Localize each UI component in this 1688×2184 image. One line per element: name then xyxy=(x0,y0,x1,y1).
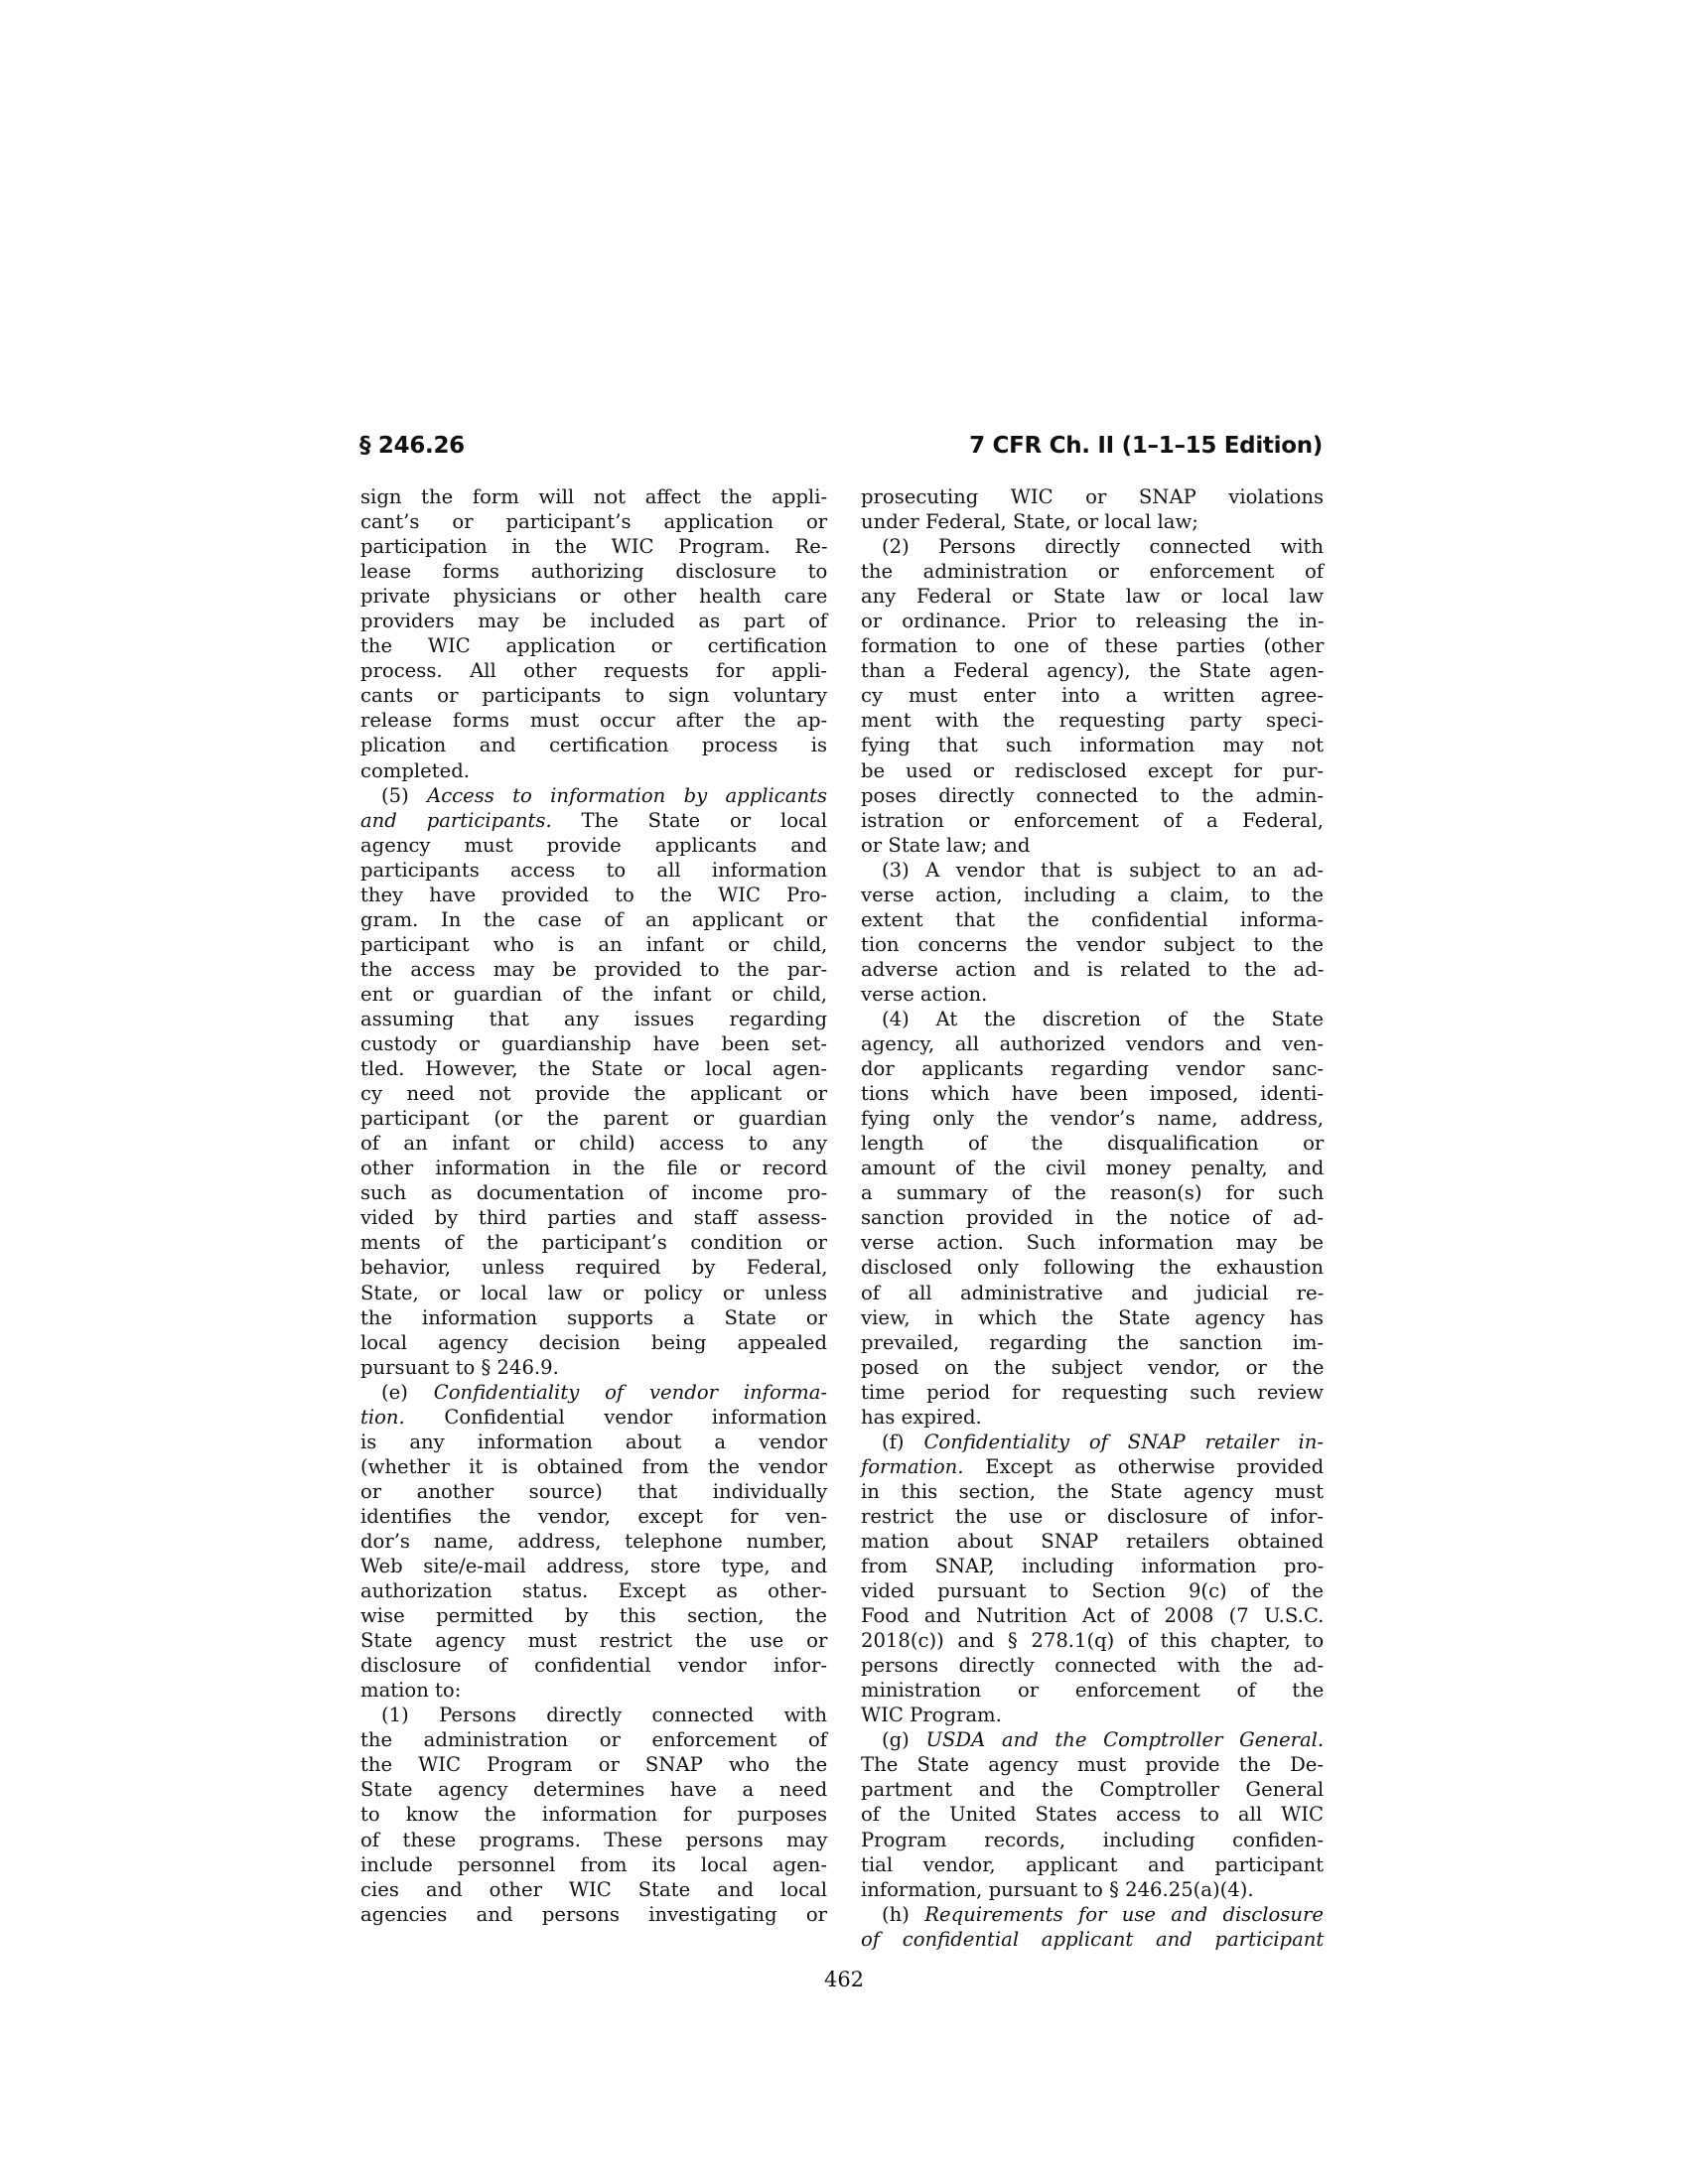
text-line: disclosure of confidential vendor infor- xyxy=(360,1653,827,1678)
line-text: disclosure of confidential vendor infor- xyxy=(360,1654,827,1677)
paragraph-heading: tion. xyxy=(360,1406,405,1429)
text-line: than a Federal agency), the State agen- xyxy=(861,658,1324,683)
line-text: tial vendor, applicant and participant xyxy=(861,1853,1324,1876)
line-text: of an infant or child) access to any xyxy=(360,1132,827,1155)
text-line: under Federal, State, or local law; xyxy=(861,509,1324,534)
line-text: Food and Nutrition Act of 2008 (7 U.S.C. xyxy=(861,1604,1324,1627)
line-text: verse action. xyxy=(861,983,987,1006)
line-text: (1) Persons directly connected with xyxy=(381,1704,827,1726)
text-line: Web site/e-mail address, store type, and xyxy=(360,1554,827,1578)
text-line: pursuant to § 246.9. xyxy=(360,1355,827,1380)
paragraph-heading: Confidentiality of SNAP retailer in- xyxy=(923,1431,1324,1453)
text-line: partment and the Comptroller General xyxy=(861,1777,1324,1802)
line-text: sign the form will not affect the appli- xyxy=(360,485,827,508)
text-line: and participants. The State or local xyxy=(360,808,827,833)
text-line: (1) Persons directly connected with xyxy=(360,1703,827,1727)
text-line: formation. Except as otherwise provided xyxy=(861,1454,1324,1479)
text-line: of the United States access to all WIC xyxy=(861,1802,1324,1827)
line-text: poses directly connected to the admin- xyxy=(861,784,1324,807)
text-line: from SNAP, including information pro- xyxy=(861,1554,1324,1578)
line-text: cant’s or participant’s application or xyxy=(360,510,827,533)
text-line: of an infant or child) access to any xyxy=(360,1131,827,1156)
line-text: tions which have been imposed, identi- xyxy=(861,1082,1324,1105)
line-text: private physicians or other health care xyxy=(360,585,827,608)
text-line: istration or enforcement of a Federal, xyxy=(861,808,1324,833)
running-header: § 246.26 7 CFR Ch. II (1–1–15 Edition) xyxy=(359,433,1323,463)
text-line: tions which have been imposed, identi- xyxy=(861,1081,1324,1106)
text-line: (h) Requirements for use and disclosure xyxy=(861,1902,1324,1927)
line-text: release forms must occur after the ap- xyxy=(360,709,827,732)
text-line: the WIC application or certification xyxy=(360,633,827,658)
line-text: cies and other WIC State and local xyxy=(360,1878,827,1901)
line-text: providers may be included as part of xyxy=(360,610,827,632)
text-line: posed on the subject vendor, or the xyxy=(861,1355,1324,1380)
text-line: to know the information for purposes xyxy=(360,1802,827,1827)
text-line: include personnel from its local agen- xyxy=(360,1852,827,1877)
text-line: release forms must occur after the ap- xyxy=(360,708,827,733)
text-line: participant who is an infant or child, xyxy=(360,932,827,957)
line-text: vided by third parties and staff assess- xyxy=(360,1206,827,1229)
text-line: of confidential applicant and participan… xyxy=(861,1927,1324,1952)
line-text: the access may be provided to the par- xyxy=(360,958,827,981)
line-text: other information in the file or record xyxy=(360,1157,827,1179)
line-text: dor’s name, address, telephone number, xyxy=(360,1530,827,1553)
text-line: of these programs. These persons may xyxy=(360,1828,827,1852)
text-line: sign the form will not affect the appli- xyxy=(360,484,827,509)
line-text: WIC Program. xyxy=(861,1704,1002,1726)
text-line: amount of the civil money penalty, and xyxy=(861,1156,1324,1180)
line-text: fying that such information may not xyxy=(861,734,1324,756)
text-line: such as documentation of income pro- xyxy=(360,1180,827,1205)
text-line: length of the disqualification or xyxy=(861,1131,1324,1156)
line-text: than a Federal agency), the State agen- xyxy=(861,659,1324,682)
text-line: behavior, unless required by Federal, xyxy=(360,1255,827,1280)
text-line: (3) A vendor that is subject to an ad- xyxy=(861,858,1324,883)
text-line: State agency must restrict the use or xyxy=(360,1628,827,1653)
text-line: is any information about a vendor xyxy=(360,1430,827,1454)
text-line: poses directly connected to the admin- xyxy=(861,783,1324,808)
line-text: plication and certification process is xyxy=(360,734,827,756)
text-line: (5) Access to information by applicants xyxy=(360,783,827,808)
line-text: ent or guardian of the infant or child, xyxy=(360,983,827,1006)
line-text: process. All other requests for appli- xyxy=(360,659,827,682)
text-line: plication and certification process is xyxy=(360,733,827,757)
text-line: tion. Confidential vendor information xyxy=(360,1405,827,1430)
text-line: formation to one of these parties (other xyxy=(861,633,1324,658)
text-line: tial vendor, applicant and participant xyxy=(861,1852,1324,1877)
line-text: identifies the vendor, except for ven- xyxy=(360,1505,827,1528)
text-line: time period for requesting such review xyxy=(861,1380,1324,1405)
paragraph-designator: (e) xyxy=(381,1381,434,1404)
line-text: verse action. Such information may be xyxy=(861,1231,1324,1254)
text-line: (4) At the discretion of the State xyxy=(861,1007,1324,1031)
line-text: from SNAP, including information pro- xyxy=(861,1555,1324,1577)
text-line: cy must enter into a written agree- xyxy=(861,683,1324,708)
paragraph-heading: Requirements for use and disclosure xyxy=(924,1903,1324,1926)
line-text: such as documentation of income pro- xyxy=(360,1181,827,1204)
line-text: length of the disqualification or xyxy=(861,1132,1324,1155)
line-text: completed. xyxy=(360,759,470,782)
line-text: the WIC Program or SNAP who the xyxy=(360,1753,827,1776)
text-line: vided by third parties and staff assess- xyxy=(360,1205,827,1230)
page-number: 462 xyxy=(0,1968,1688,1991)
line-text: (2) Persons directly connected with xyxy=(882,535,1324,558)
text-line: restrict the use or disclosure of infor- xyxy=(861,1504,1324,1529)
text-line: fying only the vendor’s name, address, xyxy=(861,1106,1324,1131)
line-text: view, in which the State agency has xyxy=(861,1306,1324,1329)
text-line: dor applicants regarding vendor sanc- xyxy=(861,1056,1324,1081)
line-text: cants or participants to sign voluntary xyxy=(360,684,827,707)
text-line: the access may be provided to the par- xyxy=(360,957,827,982)
text-line: the WIC Program or SNAP who the xyxy=(360,1752,827,1777)
text-line: (f) Confidentiality of SNAP retailer in- xyxy=(861,1430,1324,1454)
text-line: custody or guardianship have been set- xyxy=(360,1031,827,1056)
paragraph-heading: Confidentiality of vendor informa- xyxy=(434,1381,827,1404)
text-line: cants or participants to sign voluntary xyxy=(360,683,827,708)
paragraph-designator: (h) xyxy=(882,1903,924,1926)
text-line: the information supports a State or xyxy=(360,1305,827,1330)
line-text: local agency decision being appealed xyxy=(360,1331,827,1354)
text-line: (e) Confidentiality of vendor informa- xyxy=(360,1380,827,1405)
line-text: participant who is an infant or child, xyxy=(360,933,827,956)
text-line: lease forms authorizing disclosure to xyxy=(360,559,827,584)
paragraph-designator: (g) xyxy=(882,1728,925,1751)
line-text: State, or local law or policy or unless xyxy=(360,1282,827,1304)
line-text: State agency must restrict the use or xyxy=(360,1629,827,1652)
line-text: ments of the participant’s condition or xyxy=(360,1231,827,1254)
line-text: in this section, the State agency must xyxy=(861,1480,1324,1503)
line-text: The State or local xyxy=(552,809,827,832)
line-text: information, pursuant to § 246.25(a)(4). xyxy=(861,1878,1254,1901)
paragraph-heading: formation. xyxy=(861,1455,963,1478)
text-line: verse action. Such information may be xyxy=(861,1230,1324,1255)
section-number: § 246.26 xyxy=(359,433,465,459)
line-text: include personnel from its local agen- xyxy=(360,1853,827,1876)
line-text: State agency determines have a need xyxy=(360,1778,827,1801)
paragraph-heading: of confidential applicant and participan… xyxy=(861,1928,1324,1951)
text-line: private physicians or other health care xyxy=(360,584,827,609)
text-line: extent that the confidential informa- xyxy=(861,907,1324,932)
line-text: (whether it is obtained from the vendor xyxy=(360,1455,827,1478)
text-line: prevailed, regarding the sanction im- xyxy=(861,1330,1324,1355)
line-text: lease forms authorizing disclosure to xyxy=(360,560,827,583)
paragraph-designator: (5) xyxy=(381,784,427,807)
text-line: they have provided to the WIC Pro- xyxy=(360,883,827,907)
line-text: of the United States access to all WIC xyxy=(861,1803,1324,1826)
line-text: the administration or enforcement of xyxy=(861,560,1324,583)
right-text-column: prosecuting WIC or SNAP violationsunder … xyxy=(861,484,1324,1952)
text-line: WIC Program. xyxy=(861,1703,1324,1727)
text-line: verse action. xyxy=(861,982,1324,1007)
line-text: cy must enter into a written agree- xyxy=(861,684,1324,707)
left-text-column: sign the form will not affect the appli-… xyxy=(360,484,827,1927)
text-line: mation to: xyxy=(360,1678,827,1703)
line-text: of all administrative and judicial re- xyxy=(861,1282,1324,1304)
line-text: tion concerns the vendor subject to the xyxy=(861,933,1324,956)
text-line: providers may be included as part of xyxy=(360,609,827,633)
line-text: Program records, including confiden- xyxy=(861,1829,1324,1851)
line-text: mation to: xyxy=(360,1679,461,1702)
line-text: be used or redisclosed except for pur- xyxy=(861,759,1324,782)
text-line: has expired. xyxy=(861,1405,1324,1430)
text-line: (2) Persons directly connected with xyxy=(861,534,1324,559)
text-line: cies and other WIC State and local xyxy=(360,1877,827,1902)
line-text: persons directly connected with the ad- xyxy=(861,1654,1324,1677)
line-text: they have provided to the WIC Pro- xyxy=(360,884,827,906)
text-line: dor’s name, address, telephone number, xyxy=(360,1529,827,1554)
line-text: assuming that any issues regarding xyxy=(360,1008,827,1030)
text-line: persons directly connected with the ad- xyxy=(861,1653,1324,1678)
text-line: process. All other requests for appli- xyxy=(360,658,827,683)
line-text: or another source) that individually xyxy=(360,1480,827,1503)
text-line: fying that such information may not xyxy=(861,733,1324,757)
line-text: the information supports a State or xyxy=(360,1306,827,1329)
line-text: the administration or enforcement of xyxy=(360,1728,827,1751)
line-text: fying only the vendor’s name, address, xyxy=(861,1107,1324,1130)
text-line: other information in the file or record xyxy=(360,1156,827,1180)
line-text: vided pursuant to Section 9(c) of the xyxy=(861,1579,1324,1602)
text-line: ment with the requesting party speci- xyxy=(861,708,1324,733)
text-line: tion concerns the vendor subject to the xyxy=(861,932,1324,957)
line-text: agencies and persons investigating or xyxy=(360,1903,827,1926)
line-text: partment and the Comptroller General xyxy=(861,1778,1324,1801)
text-line: participation in the WIC Program. Re- xyxy=(360,534,827,559)
line-text: The State agency must provide the De- xyxy=(861,1753,1324,1776)
line-text: to know the information for purposes xyxy=(360,1803,827,1826)
text-line: authorization status. Except as other- xyxy=(360,1578,827,1603)
text-line: verse action, including a claim, to the xyxy=(861,883,1324,907)
text-line: sanction provided in the notice of ad- xyxy=(861,1205,1324,1230)
line-text: time period for requesting such review xyxy=(861,1381,1324,1404)
text-line: completed. xyxy=(360,758,827,783)
line-text: pursuant to § 246.9. xyxy=(360,1356,559,1379)
line-text: authorization status. Except as other- xyxy=(360,1579,827,1602)
line-text: of these programs. These persons may xyxy=(360,1829,827,1851)
text-line: agencies and persons investigating or xyxy=(360,1902,827,1927)
text-line: cy need not provide the applicant or xyxy=(360,1081,827,1106)
line-text: ministration or enforcement of the xyxy=(861,1679,1324,1702)
paragraph-designator: (f) xyxy=(882,1431,923,1453)
text-line: participants access to all information xyxy=(360,858,827,883)
text-line: Program records, including confiden- xyxy=(861,1828,1324,1852)
line-text: is any information about a vendor xyxy=(360,1431,827,1453)
text-line: a summary of the reason(s) for such xyxy=(861,1180,1324,1205)
text-line: cant’s or participant’s application or xyxy=(360,509,827,534)
text-line: participant (or the parent or guardian xyxy=(360,1106,827,1131)
line-text: participant (or the parent or guardian xyxy=(360,1107,827,1130)
line-text: 2018(c)) and § 278.1(q) of this chapter,… xyxy=(861,1629,1324,1652)
line-text: agency, all authorized vendors and ven- xyxy=(861,1032,1324,1055)
text-line: (whether it is obtained from the vendor xyxy=(360,1454,827,1479)
text-line: any Federal or State law or local law xyxy=(861,584,1324,609)
line-text: restrict the use or disclosure of infor- xyxy=(861,1505,1324,1528)
line-text: disclosed only following the exhaustion xyxy=(861,1256,1324,1279)
text-line: or ordinance. Prior to releasing the in- xyxy=(861,609,1324,633)
text-line: Food and Nutrition Act of 2008 (7 U.S.C. xyxy=(861,1603,1324,1628)
line-text: tled. However, the State or local agen- xyxy=(360,1057,827,1080)
line-text: Confidential vendor information xyxy=(405,1406,827,1429)
text-line: identifies the vendor, except for ven- xyxy=(360,1504,827,1529)
line-text: extent that the confidential informa- xyxy=(861,908,1324,931)
line-text: (3) A vendor that is subject to an ad- xyxy=(882,859,1324,882)
text-line: adverse action and is related to the ad- xyxy=(861,957,1324,982)
line-text: wise permitted by this section, the xyxy=(360,1604,827,1627)
text-line: wise permitted by this section, the xyxy=(360,1603,827,1628)
line-text: participants access to all information xyxy=(360,859,827,882)
text-line: (g) USDA and the Comptroller General. xyxy=(861,1727,1324,1752)
text-line: view, in which the State agency has xyxy=(861,1305,1324,1330)
text-line: the administration or enforcement of xyxy=(360,1727,827,1752)
line-text: mation about SNAP retailers obtained xyxy=(861,1530,1324,1553)
line-text: verse action, including a claim, to the xyxy=(861,884,1324,906)
text-line: State agency determines have a need xyxy=(360,1777,827,1802)
text-line: prosecuting WIC or SNAP violations xyxy=(861,484,1324,509)
text-line: or State law; and xyxy=(861,833,1324,858)
line-text: Web site/e-mail address, store type, and xyxy=(360,1555,827,1577)
text-line: State, or local law or policy or unless xyxy=(360,1281,827,1305)
text-line: of all administrative and judicial re- xyxy=(861,1281,1324,1305)
text-line: ent or guardian of the infant or child, xyxy=(360,982,827,1007)
line-text: agency must provide applicants and xyxy=(360,834,827,857)
paragraph-heading: USDA and the Comptroller General. xyxy=(925,1728,1324,1751)
line-text: or State law; and xyxy=(861,834,1030,857)
line-text: gram. In the case of an applicant or xyxy=(360,908,827,931)
text-line: agency, all authorized vendors and ven- xyxy=(861,1031,1324,1056)
line-text: amount of the civil money penalty, and xyxy=(861,1157,1324,1179)
line-text: sanction provided in the notice of ad- xyxy=(861,1206,1324,1229)
line-text: istration or enforcement of a Federal, xyxy=(861,809,1324,832)
line-text: custody or guardianship have been set- xyxy=(360,1032,827,1055)
text-line: or another source) that individually xyxy=(360,1479,827,1504)
line-text: has expired. xyxy=(861,1406,982,1429)
edition-label: 7 CFR Ch. II (1–1–15 Edition) xyxy=(969,433,1323,459)
line-text: behavior, unless required by Federal, xyxy=(360,1256,827,1279)
line-text: prosecuting WIC or SNAP violations xyxy=(861,485,1324,508)
line-text: (4) At the discretion of the State xyxy=(882,1008,1324,1030)
paragraph-heading: and participants. xyxy=(360,809,552,832)
line-text: the WIC application or certification xyxy=(360,634,827,657)
text-line: vided pursuant to Section 9(c) of the xyxy=(861,1578,1324,1603)
text-line: the administration or enforcement of xyxy=(861,559,1324,584)
line-text: any Federal or State law or local law xyxy=(861,585,1324,608)
text-line: gram. In the case of an applicant or xyxy=(360,907,827,932)
line-text: cy need not provide the applicant or xyxy=(360,1082,827,1105)
text-line: mation about SNAP retailers obtained xyxy=(861,1529,1324,1554)
line-text: dor applicants regarding vendor sanc- xyxy=(861,1057,1324,1080)
line-text: formation to one of these parties (other xyxy=(861,634,1324,657)
text-line: agency must provide applicants and xyxy=(360,833,827,858)
line-text: adverse action and is related to the ad- xyxy=(861,958,1324,981)
text-line: local agency decision being appealed xyxy=(360,1330,827,1355)
paragraph-heading: Access to information by applicants xyxy=(427,784,827,807)
line-text: participation in the WIC Program. Re- xyxy=(360,535,827,558)
line-text: Except as otherwise provided xyxy=(963,1455,1324,1478)
line-text: ment with the requesting party speci- xyxy=(861,709,1324,732)
line-text: or ordinance. Prior to releasing the in- xyxy=(861,610,1324,632)
text-line: disclosed only following the exhaustion xyxy=(861,1255,1324,1280)
text-line: ments of the participant’s condition or xyxy=(360,1230,827,1255)
text-line: 2018(c)) and § 278.1(q) of this chapter,… xyxy=(861,1628,1324,1653)
text-line: in this section, the State agency must xyxy=(861,1479,1324,1504)
text-line: be used or redisclosed except for pur- xyxy=(861,758,1324,783)
line-text: prevailed, regarding the sanction im- xyxy=(861,1331,1324,1354)
text-line: assuming that any issues regarding xyxy=(360,1007,827,1031)
document-page: § 246.26 7 CFR Ch. II (1–1–15 Edition) s… xyxy=(0,0,1688,2184)
text-line: information, pursuant to § 246.25(a)(4). xyxy=(861,1877,1324,1902)
text-line: ministration or enforcement of the xyxy=(861,1678,1324,1703)
line-text: a summary of the reason(s) for such xyxy=(861,1181,1324,1204)
line-text: under Federal, State, or local law; xyxy=(861,510,1198,533)
text-line: tled. However, the State or local agen- xyxy=(360,1056,827,1081)
text-line: The State agency must provide the De- xyxy=(861,1752,1324,1777)
line-text: posed on the subject vendor, or the xyxy=(861,1356,1324,1379)
